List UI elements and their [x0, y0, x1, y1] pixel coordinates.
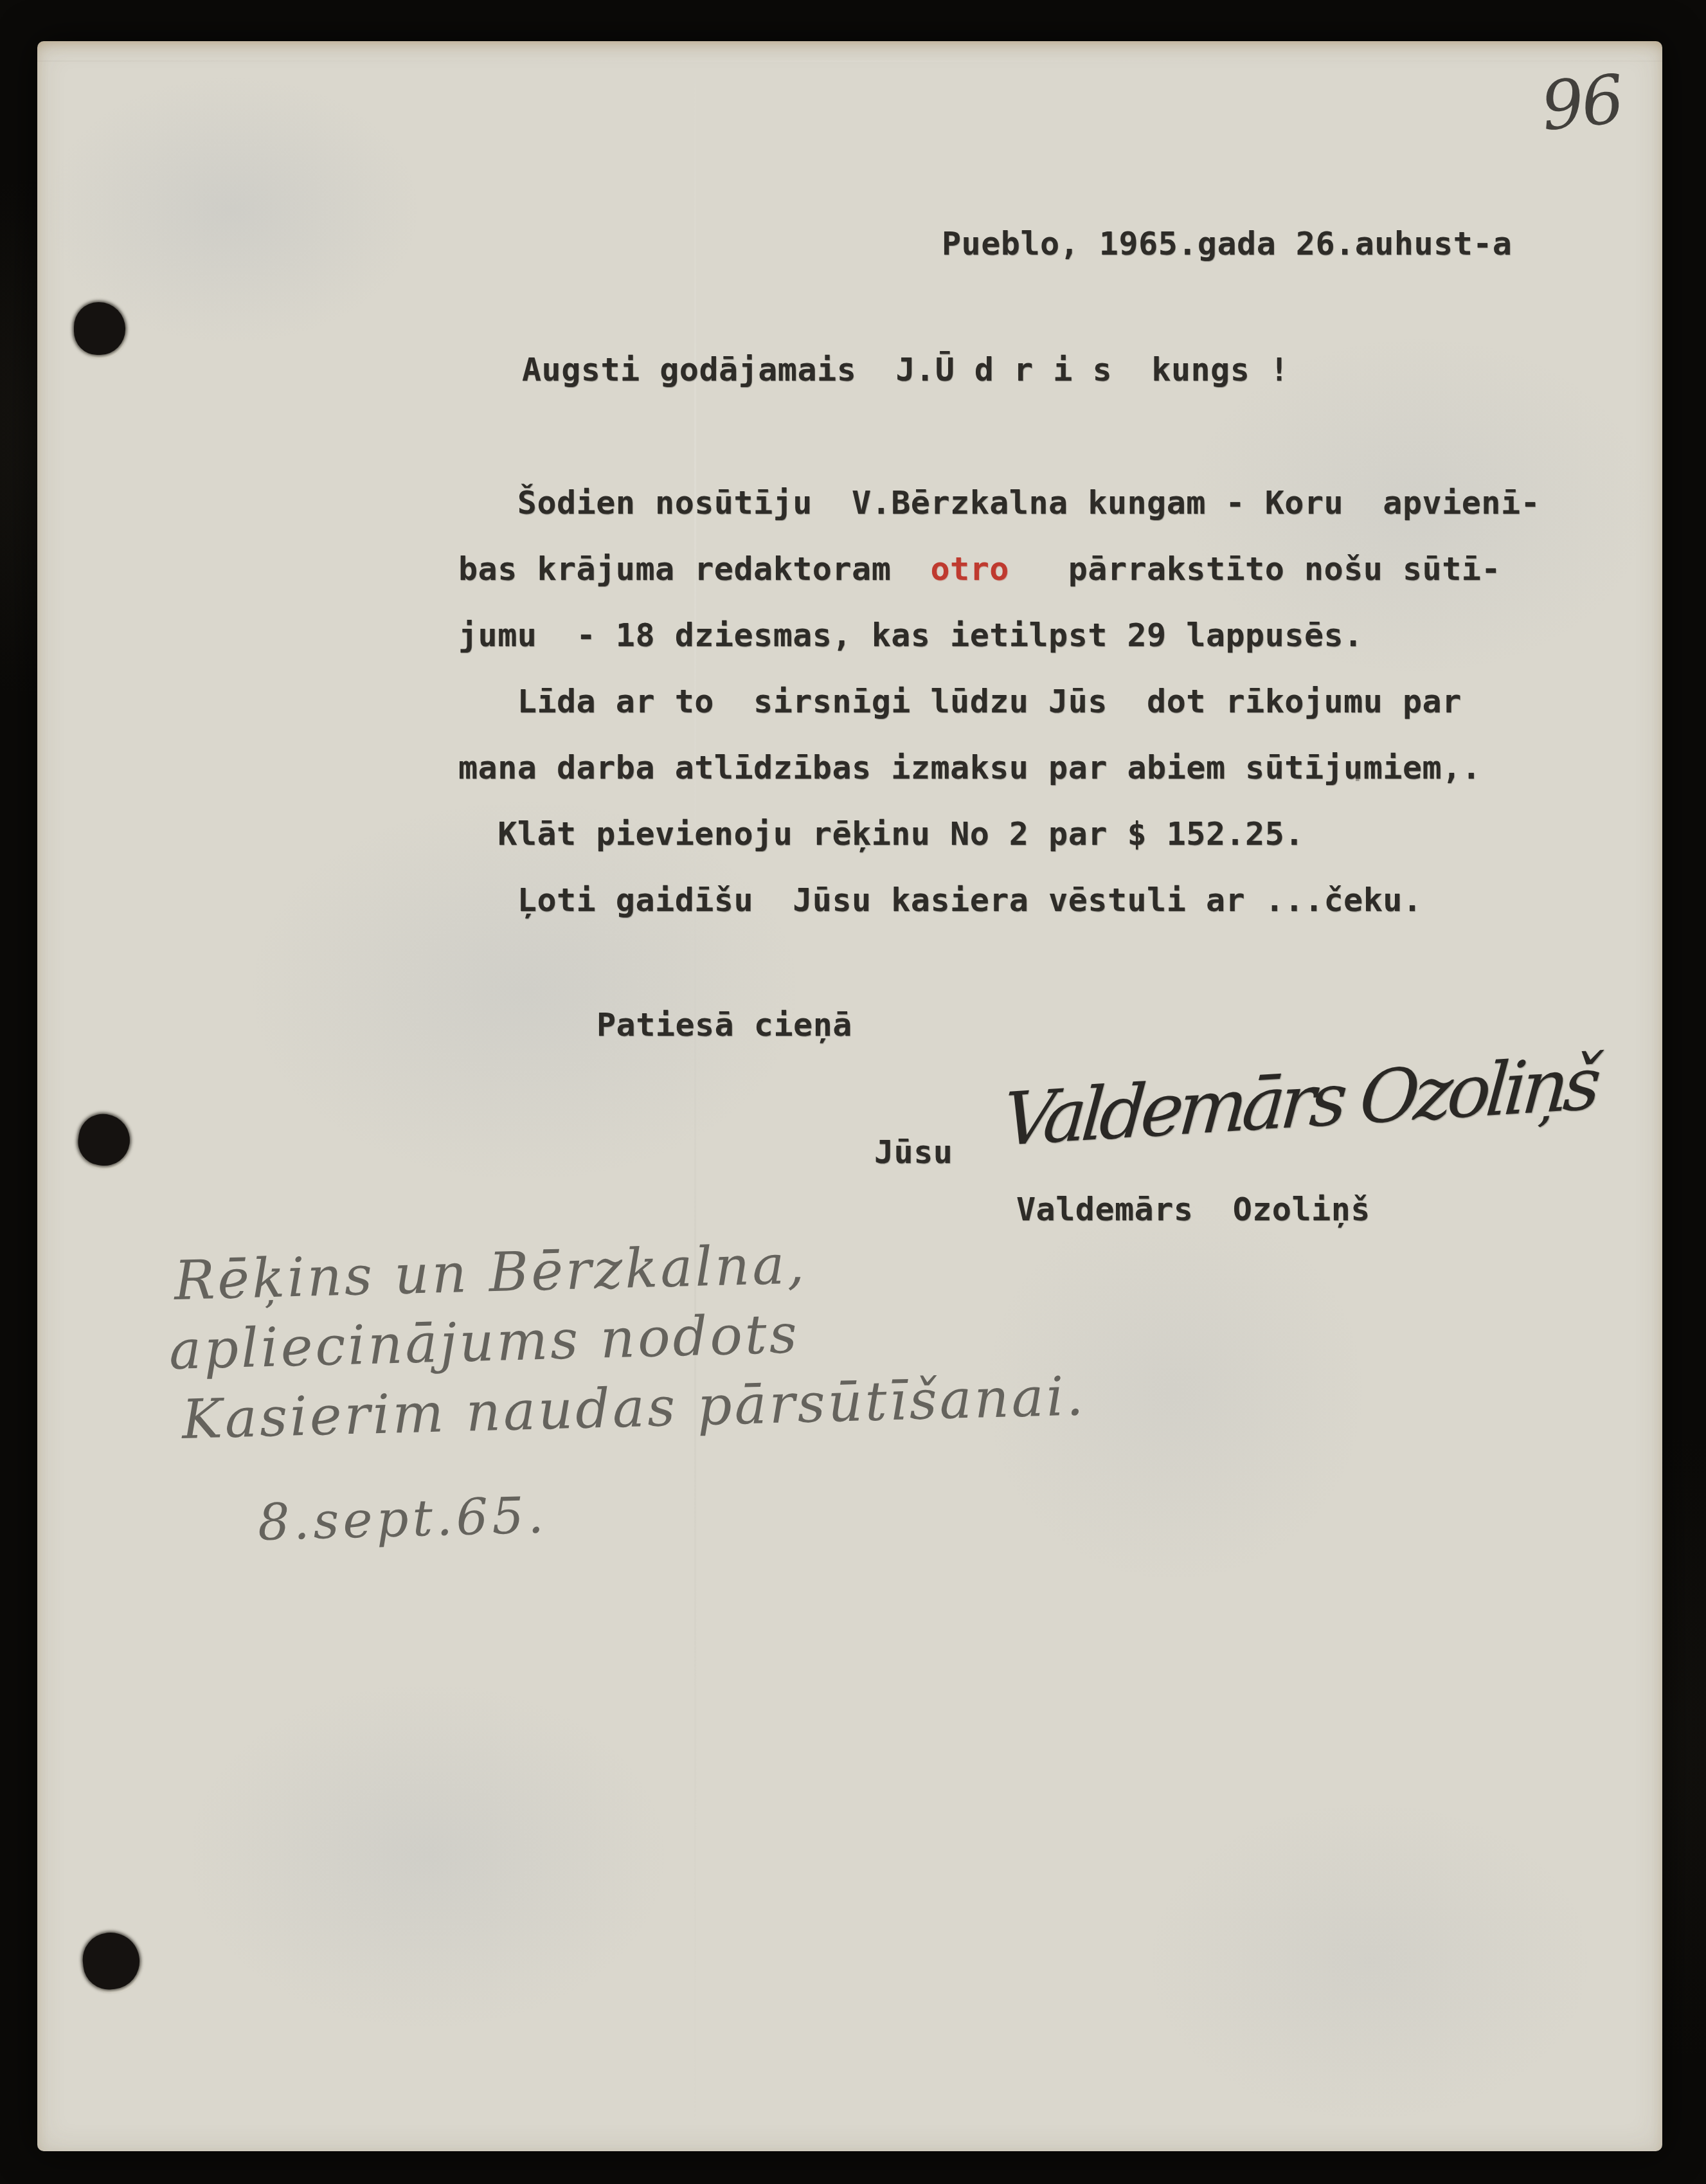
scan-background: 96 Pueblo, 1965.gada 26.auhust-a Augsti …	[0, 0, 1706, 2184]
pencil-note-line-3: Kasierim naudas pārsūtīšanai.	[181, 1369, 1086, 1447]
punch-hole-middle	[75, 1111, 133, 1169]
salutation-line: Augsti godājamais J.Ū d r i s kungs !	[522, 354, 1289, 386]
body-line-6: Klāt pievienoju rēķinu No 2 par $ 152.25…	[458, 818, 1304, 850]
body-line-4: Līda ar to sirsnīgi lūdzu Jūs dot rīkoju…	[458, 685, 1462, 717]
body-line-2-suffix: pārrakstīto nošu sūtī-	[1009, 550, 1501, 588]
pencil-note-date: 8.sept.65.	[257, 1490, 548, 1548]
valediction: Jūsu	[874, 1136, 953, 1168]
punch-hole-bottom	[80, 1930, 143, 1992]
body-line-5: mana darba atlīdzības izmaksu par abiem …	[458, 752, 1481, 784]
body-line-1: Šodien nosūtīju V.Bērzkalna kungam - Kor…	[458, 487, 1540, 519]
faint-colon-mark: :	[1349, 754, 1367, 788]
paper-crease-horizontal	[37, 60, 1662, 62]
punch-hole-top	[74, 302, 125, 355]
page-number: 96	[1538, 66, 1625, 140]
body-line-2: bas krājuma redaktoram otro pārrakstīto …	[458, 553, 1501, 585]
date-line: Pueblo, 1965.gada 26.auhust-a	[942, 228, 1512, 260]
pencil-note-line-1: Rēķins un Bērzkalna,	[174, 1237, 807, 1308]
closing-line: Patiesā cieņā	[597, 1009, 852, 1041]
paper: 96 Pueblo, 1965.gada 26.auhust-a Augsti …	[37, 41, 1662, 2151]
body-line-7: Ļoti gaidīšu Jūsu kasiera vēstuli ar ...…	[458, 884, 1423, 916]
red-word-otro: otro	[930, 550, 1009, 588]
pencil-note-line-2: apliecinājums nodots	[168, 1306, 800, 1377]
body-line-2-prefix: bas krājuma redaktoram	[458, 550, 930, 588]
signature-typed: Valdemārs Ozoliņš	[1016, 1193, 1370, 1225]
signature-handwritten: Valdemārs Ozoliņš	[1000, 1047, 1599, 1157]
body-line-3: jumu - 18 dziesmas, kas ietilpst 29 lapp…	[458, 619, 1363, 651]
